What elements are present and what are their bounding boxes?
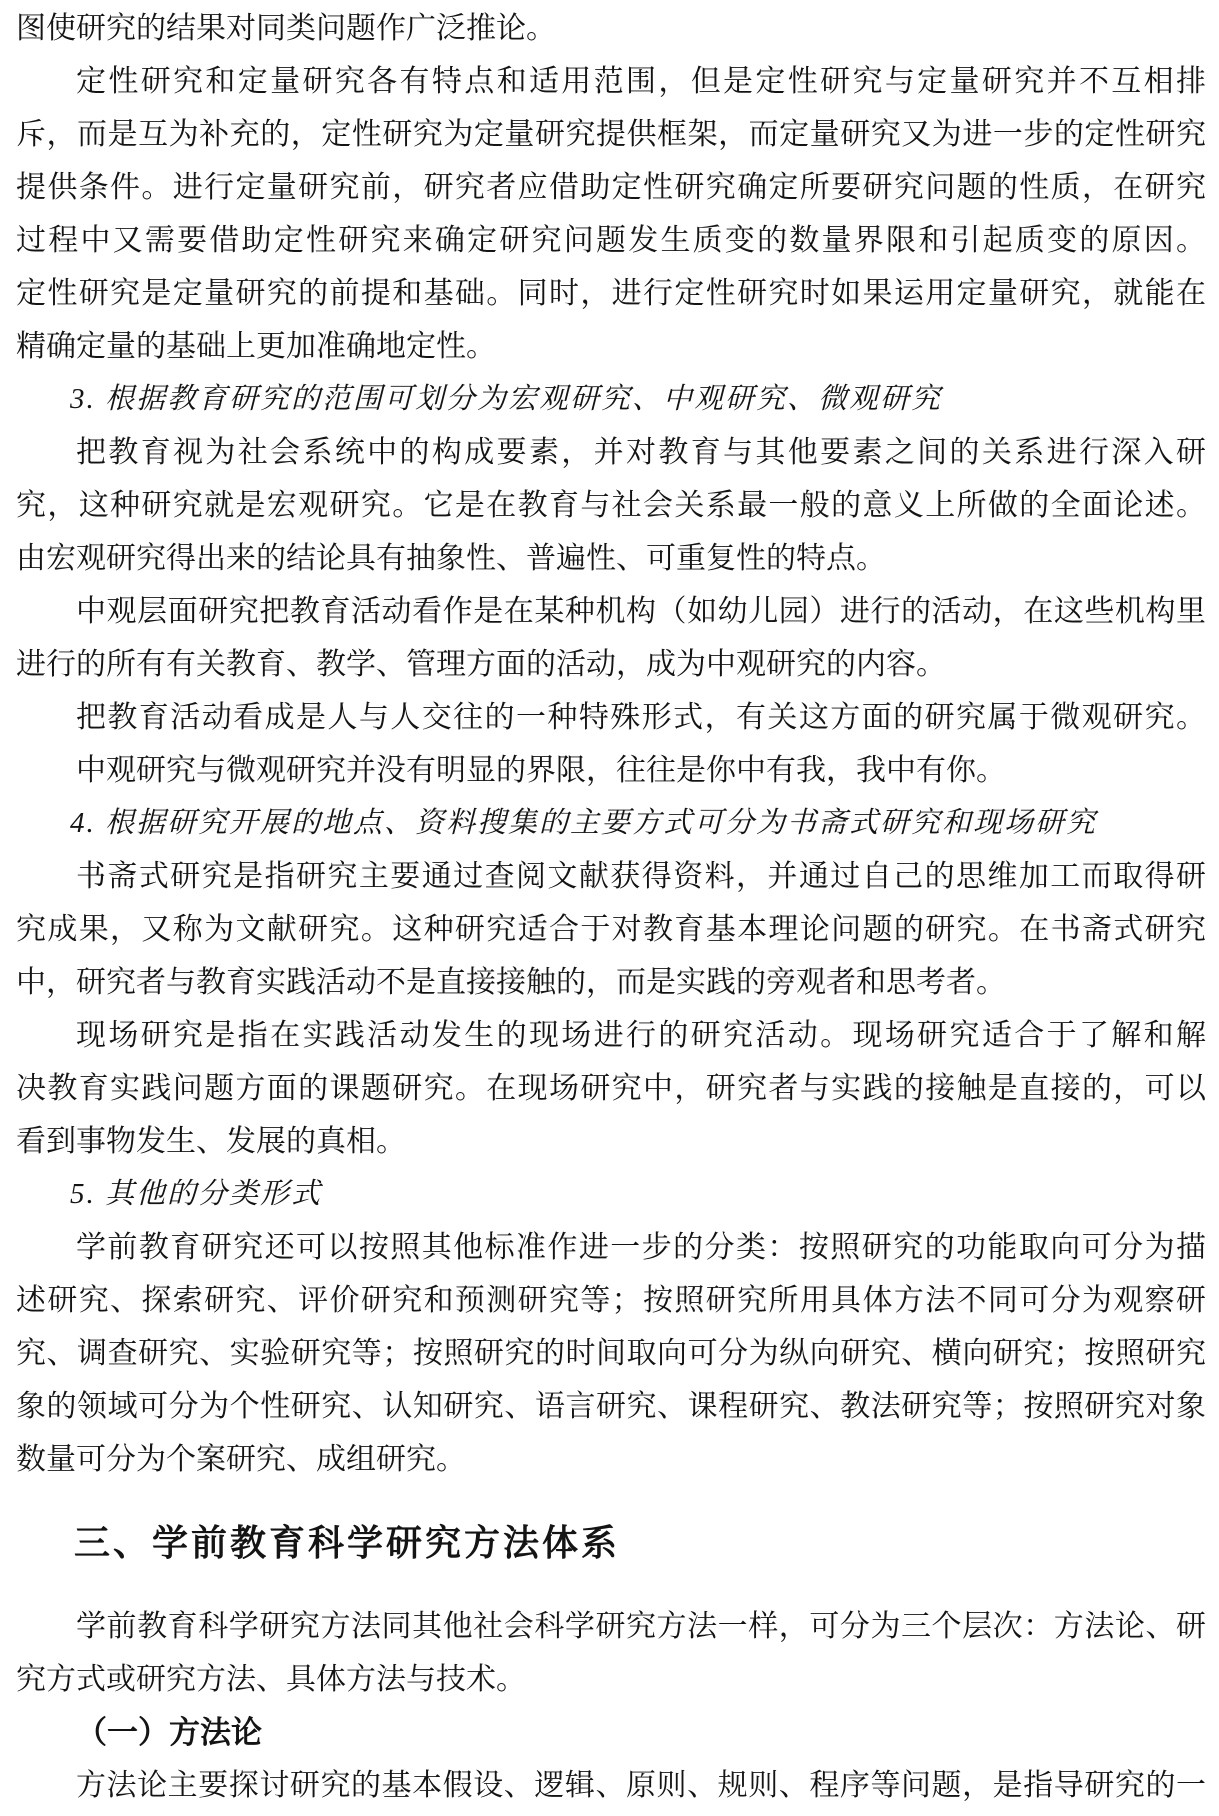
text-line: 述研究、探索研究、评价研究和预测研究等；按照研究所用具体方法不同可分为观察研 [16, 1274, 1206, 1327]
text-line: 中观研究与微观研究并没有明显的界限，往往是你中有我，我中有你。 [16, 744, 1206, 797]
text-line: 现场研究是指在实践活动发生的现场进行的研究活动。现场研究适合于了解和解 [16, 1009, 1206, 1062]
text-line: 数量可分为个案研究、成组研究。 [16, 1433, 1206, 1486]
text-line: 学前教育研究还可以按照其他标准作进一步的分类：按照研究的功能取向可分为描 [16, 1221, 1206, 1274]
text-line: 定性研究和定量研究各有特点和适用范围，但是定性研究与定量研究并不互相排 [16, 55, 1206, 108]
text-line: 究、调查研究、实验研究等；按照研究的时间取向可分为纵向研究、横向研究；按照研究对 [16, 1327, 1206, 1380]
text-line: 提供条件。进行定量研究前，研究者应借助定性研究确定所要研究问题的性质，在研究 [16, 161, 1206, 214]
text-line: 过程中又需要借助定性研究来确定研究问题发生质变的数量界限和引起质变的原因。 [16, 214, 1206, 267]
text-line: 学前教育科学研究方法同其他社会科学研究方法一样，可分为三个层次：方法论、研 [16, 1600, 1206, 1653]
subheading-5: 5. 其他的分类形式 [16, 1168, 1206, 1221]
text-line: 进行的所有有关教育、教学、管理方面的活动，成为中观研究的内容。 [16, 638, 1206, 691]
subheading-4: 4. 根据研究开展的地点、资料搜集的主要方式可分为书斋式研究和现场研究 [16, 797, 1206, 850]
text-line: 定性研究是定量研究的前提和基础。同时，进行定性研究时如果运用定量研究，就能在 [16, 267, 1206, 320]
text-line: 看到事物发生、发展的真相。 [16, 1115, 1206, 1168]
text-line: 象的领域可分为个性研究、认知研究、语言研究、课程研究、教法研究等；按照研究对象的 [16, 1380, 1206, 1433]
text-line: 究成果，又称为文献研究。这种研究适合于对教育基本理论问题的研究。在书斋式研究 [16, 903, 1206, 956]
text-line: 决教育实践问题方面的课题研究。在现场研究中，研究者与实践的接触是直接的，可以 [16, 1062, 1206, 1115]
subheading-3: 3. 根据教育研究的范围可划分为宏观研究、中观研究、微观研究 [16, 373, 1206, 426]
text-line: 图使研究的结果对同类问题作广泛推论。 [16, 2, 1206, 55]
text-line: 中观层面研究把教育活动看作是在某种机构（如幼儿园）进行的活动，在这些机构里 [16, 585, 1206, 638]
text-line: 斥，而是互为补充的，定性研究为定量研究提供框架，而定量研究又为进一步的定性研究 [16, 108, 1206, 161]
text-line: 书斋式研究是指研究主要通过查阅文献获得资料，并通过自己的思维加工而取得研 [16, 850, 1206, 903]
text-line: 精确定量的基础上更加准确地定性。 [16, 320, 1206, 373]
text-line: 把教育活动看成是人与人交往的一种特殊形式，有关这方面的研究属于微观研究。 [16, 691, 1206, 744]
text-line: 究方式或研究方法、具体方法与技术。 [16, 1653, 1206, 1706]
text-line: 把教育视为社会系统中的构成要素，并对教育与其他要素之间的关系进行深入研 [16, 426, 1206, 479]
text-line: 方法论主要探讨研究的基本假设、逻辑、原则、规则、程序等问题，是指导研究的一般 [16, 1759, 1206, 1812]
subsection-heading: （一）方法论 [16, 1706, 1206, 1759]
text-line: 由宏观研究得出来的结论具有抽象性、普遍性、可重复性的特点。 [16, 532, 1206, 585]
book-page: 图使研究的结果对同类问题作广泛推论。 定性研究和定量研究各有特点和适用范围，但是… [0, 0, 1219, 1816]
text-line: 究，这种研究就是宏观研究。它是在教育与社会关系最一般的意义上所做的全面论述。 [16, 479, 1206, 532]
section-heading: 三、学前教育科学研究方法体系 [16, 1516, 1206, 1569]
text-line: 中，研究者与教育实践活动不是直接接触的，而是实践的旁观者和思考者。 [16, 956, 1206, 1009]
